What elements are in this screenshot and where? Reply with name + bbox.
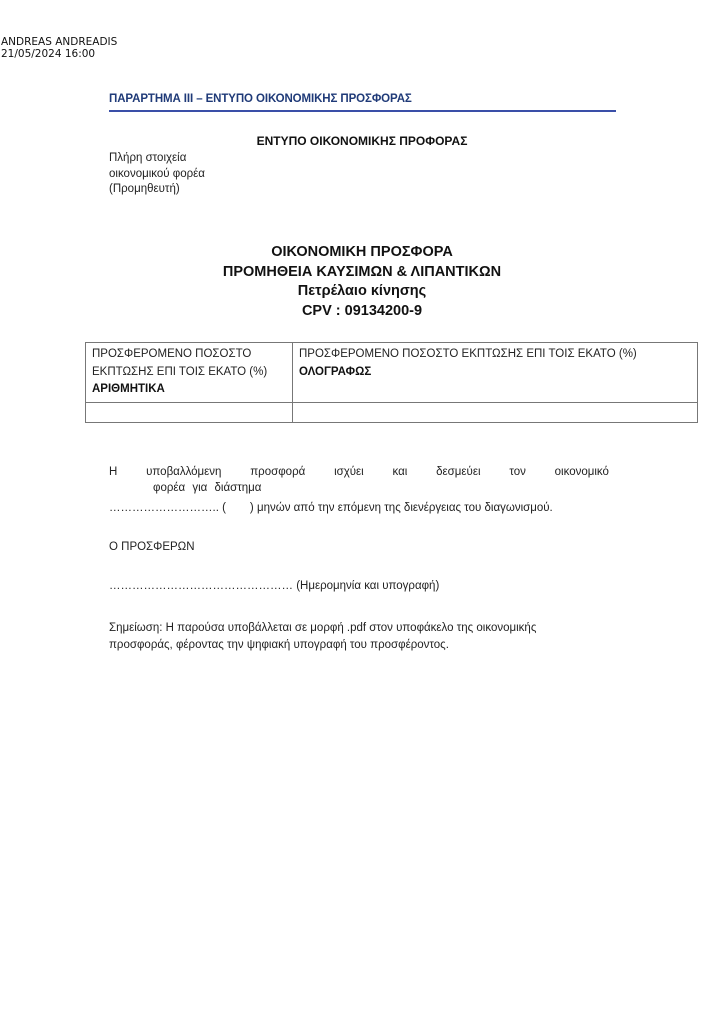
header-in-words: ΠΡΟΣΦΕΡΟΜΕΝΟ ΠΟΣΟΣΤΟ ΕΚΠΤΩΣΗΣ ΕΠΙ ΤΟΙΣ Ε… [293, 343, 698, 403]
annex-title: ΠΑΡΑΡΤΗΜΑ ΙΙΙ – ΕΝΤΥΠΟ ΟΙΚΟΝΟΜΙΚΗΣ ΠΡΟΣΦ… [109, 93, 616, 112]
supplier-label-line: Πλήρη στοιχεία [109, 151, 205, 167]
discount-numeric-field[interactable] [86, 402, 293, 422]
signature-stamp: ANDREAS ANDREADIS 21/05/2024 16:00 [1, 36, 117, 60]
word: Η [109, 465, 117, 481]
signer-name: ANDREAS ANDREADIS [1, 36, 117, 48]
validity-line-1: Η υποβαλλόμενη προσφορά ισχύει και δεσμε… [109, 465, 609, 481]
validity-line-2: φορέα για διάστημα [109, 481, 609, 497]
header-bold: ΑΡΙΘΜΗΤΙΚΑ [92, 383, 165, 395]
word: προσφορά [250, 465, 305, 481]
signature-datetime: 21/05/2024 16:00 [1, 48, 117, 60]
validity-line-3: ……………………….. () μηνών από την επόμενη της… [109, 501, 609, 517]
offer-heading: ΟΙΚΟΝΟΜΙΚΗ ΠΡΟΣΦΟΡΑ ΠΡΟΜΗΘΕΙΑ ΚΑΥΣΙΜΩΝ &… [0, 243, 724, 321]
supplier-details-label: Πλήρη στοιχεία οικονομικού φορέα (Προμηθ… [109, 151, 205, 198]
header-bold: ΟΛΟΓΡΑΦΩΣ [299, 366, 371, 378]
offer-heading-title: ΟΙΚΟΝΟΜΙΚΗ ΠΡΟΣΦΟΡΑ [0, 243, 724, 263]
word: υποβαλλόμενη [146, 465, 221, 481]
word: ισχύει [334, 465, 364, 481]
supplier-label-line: οικονομικού φορέα [109, 167, 205, 183]
form-title: ΕΝΤΥΠΟ ΟΙΚΟΝΟΜΙΚΗΣ ΠΡΟΦΟΡΑΣ [0, 134, 724, 148]
date-signature-line: ………………………………………… (Ημερομηνία και υπογραφ… [109, 580, 439, 592]
signature-label: (Ημερομηνία και υπογραφή) [296, 580, 439, 592]
header-text: ΠΡΟΣΦΕΡΟΜΕΝΟ ΠΟΣΟΣΤΟ ΕΚΠΤΩΣΗΣ ΕΠΙ ΤΟΙΣ Ε… [299, 348, 637, 360]
offer-heading-product: Πετρέλαιο κίνησης [0, 282, 724, 302]
word: δεσμεύει [436, 465, 480, 481]
offer-heading-cpv: CPV : 09134200-9 [0, 302, 724, 322]
signature-blank[interactable]: ………………………………………… [109, 580, 293, 592]
discount-table: ΠΡΟΣΦΕΡΟΜΕΝΟ ΠΟΣΟΣΤΟ ΕΚΠΤΩΣΗΣ ΕΠΙ ΤΟΙΣ Ε… [85, 342, 698, 423]
header-text: ΠΡΟΣΦΕΡΟΜΕΝΟ ΠΟΣΟΣΤΟ ΕΚΠΤΩΣΗΣ ΕΠΙ ΤΟΙΣ Ε… [92, 348, 267, 378]
header-numeric: ΠΡΟΣΦΕΡΟΜΕΝΟ ΠΟΣΟΣΤΟ ΕΚΠΤΩΣΗΣ ΕΠΙ ΤΟΙΣ Ε… [86, 343, 293, 403]
word: οικονομικό [555, 465, 609, 481]
supplier-label-line: (Προμηθευτή) [109, 182, 205, 198]
offerer-label: Ο ΠΡΟΣΦΕΡΩΝ [109, 541, 195, 553]
table-header-row: ΠΡΟΣΦΕΡΟΜΕΝΟ ΠΟΣΟΣΤΟ ΕΚΠΤΩΣΗΣ ΕΠΙ ΤΟΙΣ Ε… [86, 343, 698, 403]
validity-months-blank[interactable]: ……………………….. ( [109, 502, 226, 514]
offer-heading-subject: ΠΡΟΜΗΘΕΙΑ ΚΑΥΣΙΜΩΝ & ΛΙΠΑΝΤΙΚΩΝ [0, 263, 724, 283]
word: και [393, 465, 408, 481]
form-title-text: ΕΝΤΥΠΟ ΟΙΚΟΝΟΜΙΚΗΣ ΠΡΟΦΟΡΑΣ [257, 134, 468, 148]
table-input-row [86, 402, 698, 422]
validity-suffix: ) μηνών από την επόμενη της διενέργειας … [250, 502, 553, 514]
word: τον [509, 465, 526, 481]
discount-in-words-field[interactable] [293, 402, 698, 422]
validity-statement: Η υποβαλλόμενη προσφορά ισχύει και δεσμε… [109, 465, 609, 517]
submission-note: Σημείωση: Η παρούσα υποβάλλεται σε μορφή… [109, 620, 589, 653]
